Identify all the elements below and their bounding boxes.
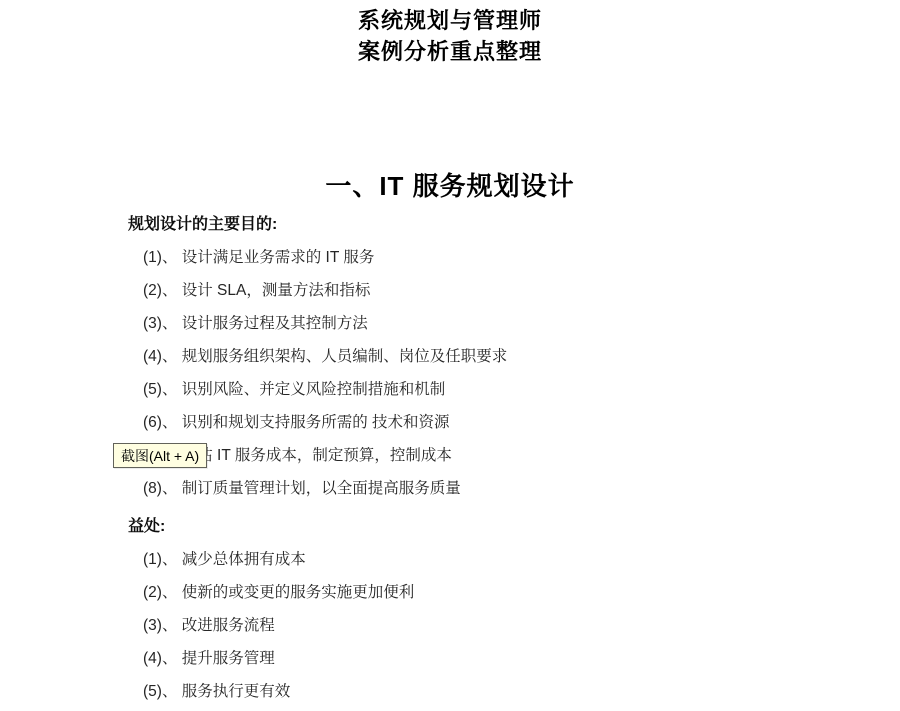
- benefits-heading: 益处:: [128, 517, 900, 537]
- purposes-heading: 规划设计的主要目的:: [128, 215, 900, 235]
- list-item: (1)、 减少总体拥有成本: [143, 550, 900, 570]
- list-item: (5)、 识别风险、并定义风险控制措施和机制: [143, 380, 900, 400]
- screenshot-hotkey-tooltip: 截图(Alt + A): [113, 443, 207, 468]
- list-item: (2)、 设计 SLA，测量方法和指标: [143, 281, 900, 301]
- doc-title-line1: 系统规划与管理师: [0, 5, 900, 36]
- list-item: (1)、 设计满足业务需求的 IT 服务: [143, 248, 900, 268]
- benefits-list: (1)、 减少总体拥有成本 (2)、 使新的或变更的服务实施更加便利 (3)、 …: [0, 550, 900, 702]
- list-item: (2)、 使新的或变更的服务实施更加便利: [143, 583, 900, 603]
- list-item: (8)、 制订质量管理计划，以全面提高服务质量: [143, 479, 900, 499]
- list-item: (3)、 改进服务流程: [143, 616, 900, 636]
- list-item: (4)、 规划服务组织架构、人员编制、岗位及任职要求: [143, 347, 900, 367]
- list-item: (6)、 识别和规划支持服务所需的 技术和资源: [143, 413, 900, 433]
- doc-title-line2: 案例分析重点整理: [0, 36, 900, 67]
- list-item: (3)、 设计服务过程及其控制方法: [143, 314, 900, 334]
- doc-title: 系统规划与管理师 案例分析重点整理: [0, 0, 900, 67]
- document-page: 系统规划与管理师 案例分析重点整理 一、IT 服务规划设计 规划设计的主要目的:…: [0, 0, 900, 711]
- list-item: (5)、 服务执行更有效: [143, 682, 900, 702]
- list-item: (7)、 评估 IT 服务成本，制定预算，控制成本: [143, 446, 900, 466]
- section-heading: 一、IT 服务规划设计: [0, 171, 900, 201]
- list-item: (4)、 提升服务管理: [143, 649, 900, 669]
